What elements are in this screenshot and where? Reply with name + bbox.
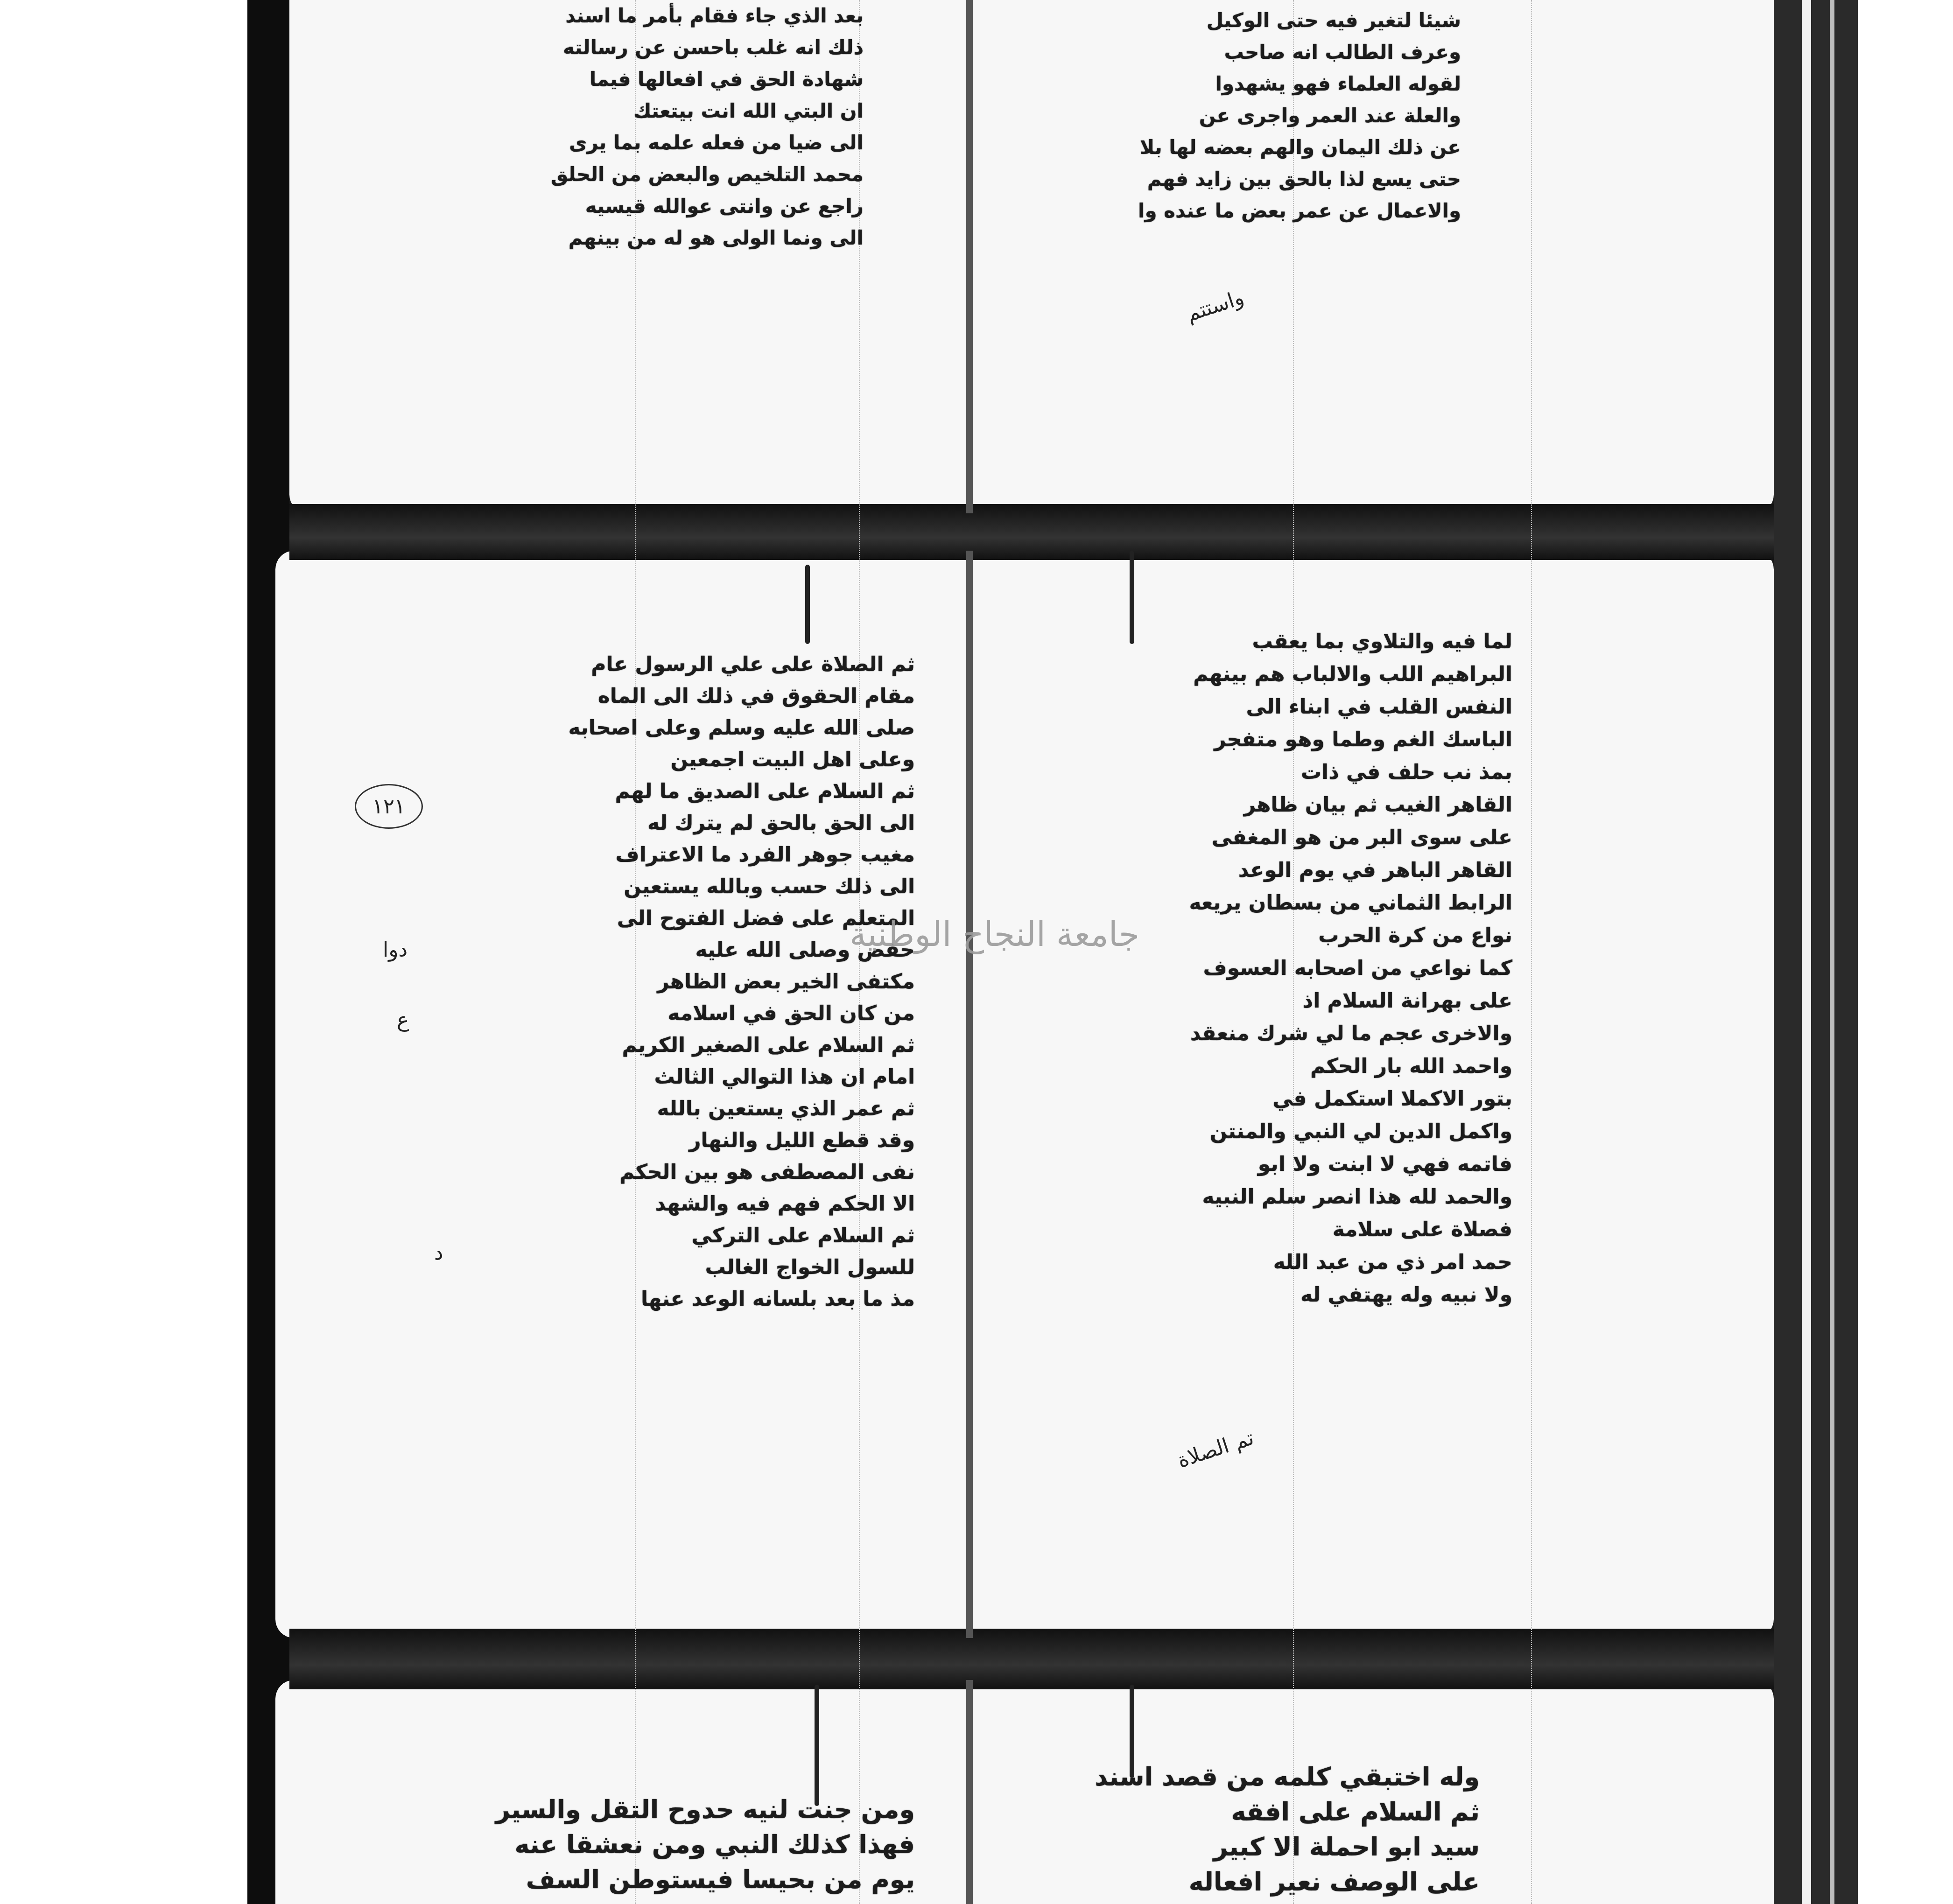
text-line: نواع من كرة الحرب xyxy=(1102,919,1512,952)
text-line: صلى الله عليه وسلم وعلى اصحابه xyxy=(467,712,915,744)
text-line: شيئا لتغير فيه حتى الوكيل xyxy=(1097,5,1461,36)
text-line: بعد الذي جاء فقام بأمر ما اسند xyxy=(513,0,864,32)
margin-note: د xyxy=(434,1241,443,1265)
text-line: مكتفى الخير بعض الظاهر xyxy=(467,966,915,998)
book-spine xyxy=(966,0,973,513)
text-line: مغيب جوهر الفرد ما الاعتراف xyxy=(467,839,915,871)
film-edge-right xyxy=(1774,0,1858,1904)
text-line: سيد ابو احملة الا كبير xyxy=(1050,1829,1480,1864)
binding-thread xyxy=(805,565,810,644)
film-rail xyxy=(1802,0,1811,1904)
text-line: بمذ نب حلف في ذات xyxy=(1102,756,1512,789)
text-line: بتور الاكملا استكمل في xyxy=(1102,1083,1512,1115)
text-line: نفى المصطفى هو بين الحكم xyxy=(467,1156,915,1188)
text-line: امام ان هذا التوالي الثالث xyxy=(467,1061,915,1093)
text-line: مقام الحقوق في ذلك الى الماه xyxy=(467,680,915,712)
text-line: والاخرى عجم ما لي شرك منعقد xyxy=(1102,1017,1512,1050)
text-line: مذ ما بعد بلسانه الوعد عنها xyxy=(467,1283,915,1315)
text-line: للسول الخواج الغالب xyxy=(467,1252,915,1283)
book-spine xyxy=(966,1680,973,1904)
text-line: يوم من بحيسا فيستوطن السف xyxy=(467,1862,915,1897)
text-line: وله اختبقي كلمه من قصد اسند xyxy=(1050,1759,1480,1794)
text-line: محمد التلخيص والبعض من الحلق xyxy=(513,159,864,190)
text-line: على الوصف نعير افعاله xyxy=(1050,1864,1480,1899)
text-line: على بهرانة السلام اذ xyxy=(1102,985,1512,1017)
book-spine xyxy=(966,551,973,1638)
ruling-line xyxy=(1531,0,1533,1904)
frame-divider xyxy=(289,504,1774,560)
margin-note: دوا xyxy=(383,938,407,962)
text-line: ولا نبيه وله يهتفي له xyxy=(1102,1279,1512,1311)
text-line: والعلة عند العمر واجرى عن xyxy=(1097,100,1461,132)
text-line: البراهيم اللب والالباب هم بينهم xyxy=(1102,658,1512,691)
text-line: وعرف الطالب انه صاحب xyxy=(1097,36,1461,68)
text-line: على سوى البر من هو المغفى xyxy=(1102,821,1512,854)
text-line: الباسك الغم وطما وهو متفجر xyxy=(1102,723,1512,756)
manuscript-page-top-left: بعد الذي جاء فقام بأمر ما اسند ذلك انه غ… xyxy=(513,0,864,254)
text-line: ثم السلام على التركي xyxy=(467,1220,915,1252)
text-line: فهذا كذلك النبي ومن نعشقا عنه xyxy=(467,1827,915,1862)
text-line: والحمد لله هذا انصر سلم النبيه xyxy=(1102,1181,1512,1213)
watermark: جامعة النجاح الوطنية xyxy=(850,915,1139,954)
text-line: الى ذلك حسب وبالله يستعين xyxy=(467,871,915,903)
text-line: لما فيه والتلاوي بما يعقب xyxy=(1102,625,1512,658)
film-rail xyxy=(1830,0,1834,1904)
frame-top xyxy=(289,0,1774,513)
folio-number: ١٢١ xyxy=(355,784,423,829)
text-line: من كان الحق في اسلامه xyxy=(467,998,915,1029)
text-line: الا الحكم فهم فيه والشهد xyxy=(467,1188,915,1220)
text-line: ذلك انه غلب باحسن عن رسالته xyxy=(513,32,864,63)
text-line: ثم الصلاة على علي الرسول عام xyxy=(467,649,915,680)
text-line: الى ونما الولى هو له من بينهم xyxy=(513,222,864,254)
text-line: عن ذلك اليمان والهم بعضه لها بلا xyxy=(1097,132,1461,163)
text-line: وعلى اهل البيت اجمعين xyxy=(467,744,915,776)
frame-divider xyxy=(289,1629,1774,1689)
text-line: حمد امر ذي من عبد الله xyxy=(1102,1246,1512,1279)
text-line: ثم السلام على افقه xyxy=(1050,1794,1480,1829)
manuscript-page-top-right: شيئا لتغير فيه حتى الوكيل وعرف الطالب ان… xyxy=(1097,5,1461,227)
text-line: الى الحق بالحق لم يترك له xyxy=(467,807,915,839)
text-line: حفص وصلى الله عليه xyxy=(467,934,915,966)
text-line: الى ضيا من فعله علمه بما يرى xyxy=(513,127,864,159)
text-line: ثم عمر الذي يستعين بالله xyxy=(467,1093,915,1125)
text-line: القاهر الباهر في يوم الوعد xyxy=(1102,854,1512,887)
text-line: ثم السلام على الصغير الكريم xyxy=(467,1029,915,1061)
text-line: لقوله العلماء فهو يشهدوا xyxy=(1097,68,1461,100)
text-line: المتعلم على فضل الفتوح الى xyxy=(467,903,915,934)
text-line: الرابط الثماني من بسطان يريعه xyxy=(1102,887,1512,919)
text-line: كما نواعي من اصحابه العسوف xyxy=(1102,952,1512,985)
text-line: فصلاة على سلامة xyxy=(1102,1213,1512,1246)
text-line: راجع عن وانتى عوالله قيسيه xyxy=(513,190,864,222)
margin-note: ع xyxy=(397,1008,409,1032)
text-line: واحمد الله بار الحكم xyxy=(1102,1050,1512,1083)
text-line: واكمل الدين لي النبي والمنتن xyxy=(1102,1115,1512,1148)
manuscript-page-bottom-right: وله اختبقي كلمه من قصد اسند ثم السلام عل… xyxy=(1050,1759,1480,1899)
binding-thread xyxy=(815,1685,819,1806)
text-line: شهادة الحق في افعالها فيما xyxy=(513,63,864,95)
text-line: ومن جنت لنيه حدوح التقل والسير xyxy=(467,1792,915,1827)
text-line: ان البتي الله انت بيتعتك xyxy=(513,95,864,127)
manuscript-page-bottom-left: ومن جنت لنيه حدوح التقل والسير فهذا كذلك… xyxy=(467,1792,915,1897)
text-line: وقد قطع الليل والنهار xyxy=(467,1125,915,1156)
text-line: القاهر الغيب ثم بيان ظاهر xyxy=(1102,789,1512,821)
text-line: النفس القلب في ابناء الى xyxy=(1102,691,1512,723)
text-line: فاتمه فهي لا ابنت ولا ابو xyxy=(1102,1148,1512,1181)
text-line: حتى يسع لذا بالحق بين زايد فهم xyxy=(1097,163,1461,195)
text-line: ثم السلام على الصديق ما لهم xyxy=(467,776,915,807)
text-line: والاعمال عن عمر بعض ما عنده وا xyxy=(1097,195,1461,227)
manuscript-page-middle-right: لما فيه والتلاوي بما يعقب البراهيم اللب … xyxy=(1102,625,1512,1311)
manuscript-page-middle-left: ثم الصلاة على علي الرسول عام مقام الحقوق… xyxy=(467,649,915,1315)
